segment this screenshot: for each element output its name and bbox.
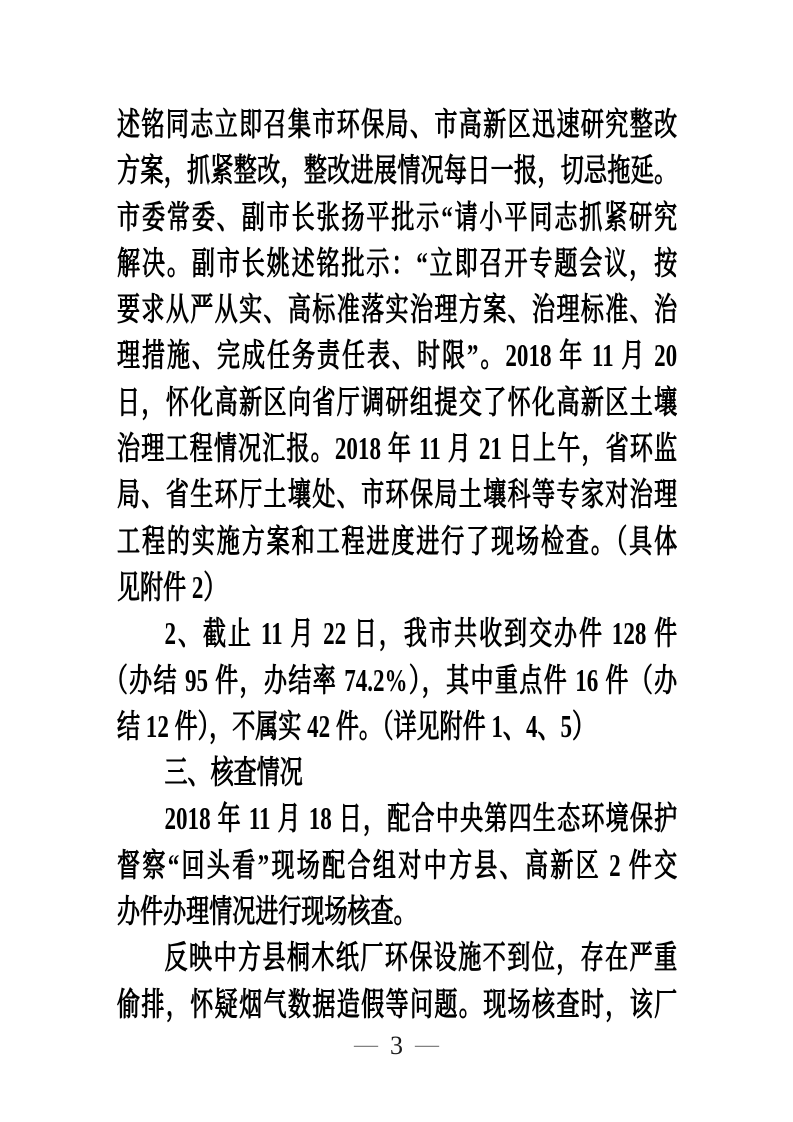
document-page: 述铭同志立即召集市环保局、市高新区迅速研究整改 方案，抓紧整改，整改进展情况每日… — [0, 0, 793, 1122]
document-body: 述铭同志立即召集市环保局、市高新区迅速研究整改 方案，抓紧整改，整改进展情况每日… — [117, 101, 677, 1027]
body-line: 督察“回头看”现场配合组对中方县、高新区 2 件交 — [117, 842, 677, 888]
body-line: 2018 年 11 月 18 日，配合中央第四生态环境保护 — [117, 795, 677, 841]
body-line: 治理工程情况汇报。2018 年 11 月 21 日上午，省环监 — [117, 425, 677, 471]
body-line: 市委常委、副市长张扬平批示“请小平同志抓紧研究 — [117, 194, 677, 240]
section-heading: 三、核查情况 — [117, 749, 677, 795]
body-line: 见附件 2） — [117, 564, 677, 610]
body-line: 解决。副市长姚述铭批示：“立即召开专题会议，按 — [117, 240, 677, 286]
body-line: 日，怀化高新区向省厅调研组提交了怀化高新区土壤 — [117, 379, 677, 425]
body-line: 办件办理情况进行现场核查。 — [117, 888, 677, 934]
body-line: 反映中方县桐木纸厂环保设施不到位，存在严重 — [117, 934, 677, 980]
footer-dash-left: — — [354, 1032, 378, 1058]
body-line: 工程的实施方案和工程进度进行了现场检查。（具体 — [117, 518, 677, 564]
body-line: 偷排，怀疑烟气数据造假等问题。现场核查时，该厂 — [117, 981, 677, 1027]
body-line: 要求从严从实、高标准落实治理方案、治理标准、治 — [117, 286, 677, 332]
body-line: 理措施、完成任务责任表、时限”。2018 年 11 月 20 — [117, 332, 677, 378]
body-line: 述铭同志立即召集市环保局、市高新区迅速研究整改 — [117, 101, 677, 147]
body-line: （办结 95 件，办结率 74.2%），其中重点件 16 件（办 — [105, 657, 677, 703]
page-number: 3 — [390, 1031, 403, 1060]
page-footer: —3— — [0, 1030, 793, 1061]
body-line: 2、截止 11 月 22 日，我市共收到交办件 128 件 — [117, 610, 677, 656]
footer-dash-right: — — [415, 1032, 439, 1058]
body-line: 方案，抓紧整改，整改进展情况每日一报，切忌拖延。 — [117, 147, 677, 193]
body-line: 局、省生环厅土壤处、市环保局土壤科等专家对治理 — [117, 471, 677, 517]
body-line: 结 12 件），不属实 42 件。（详见附件 1、4、5） — [117, 703, 677, 749]
